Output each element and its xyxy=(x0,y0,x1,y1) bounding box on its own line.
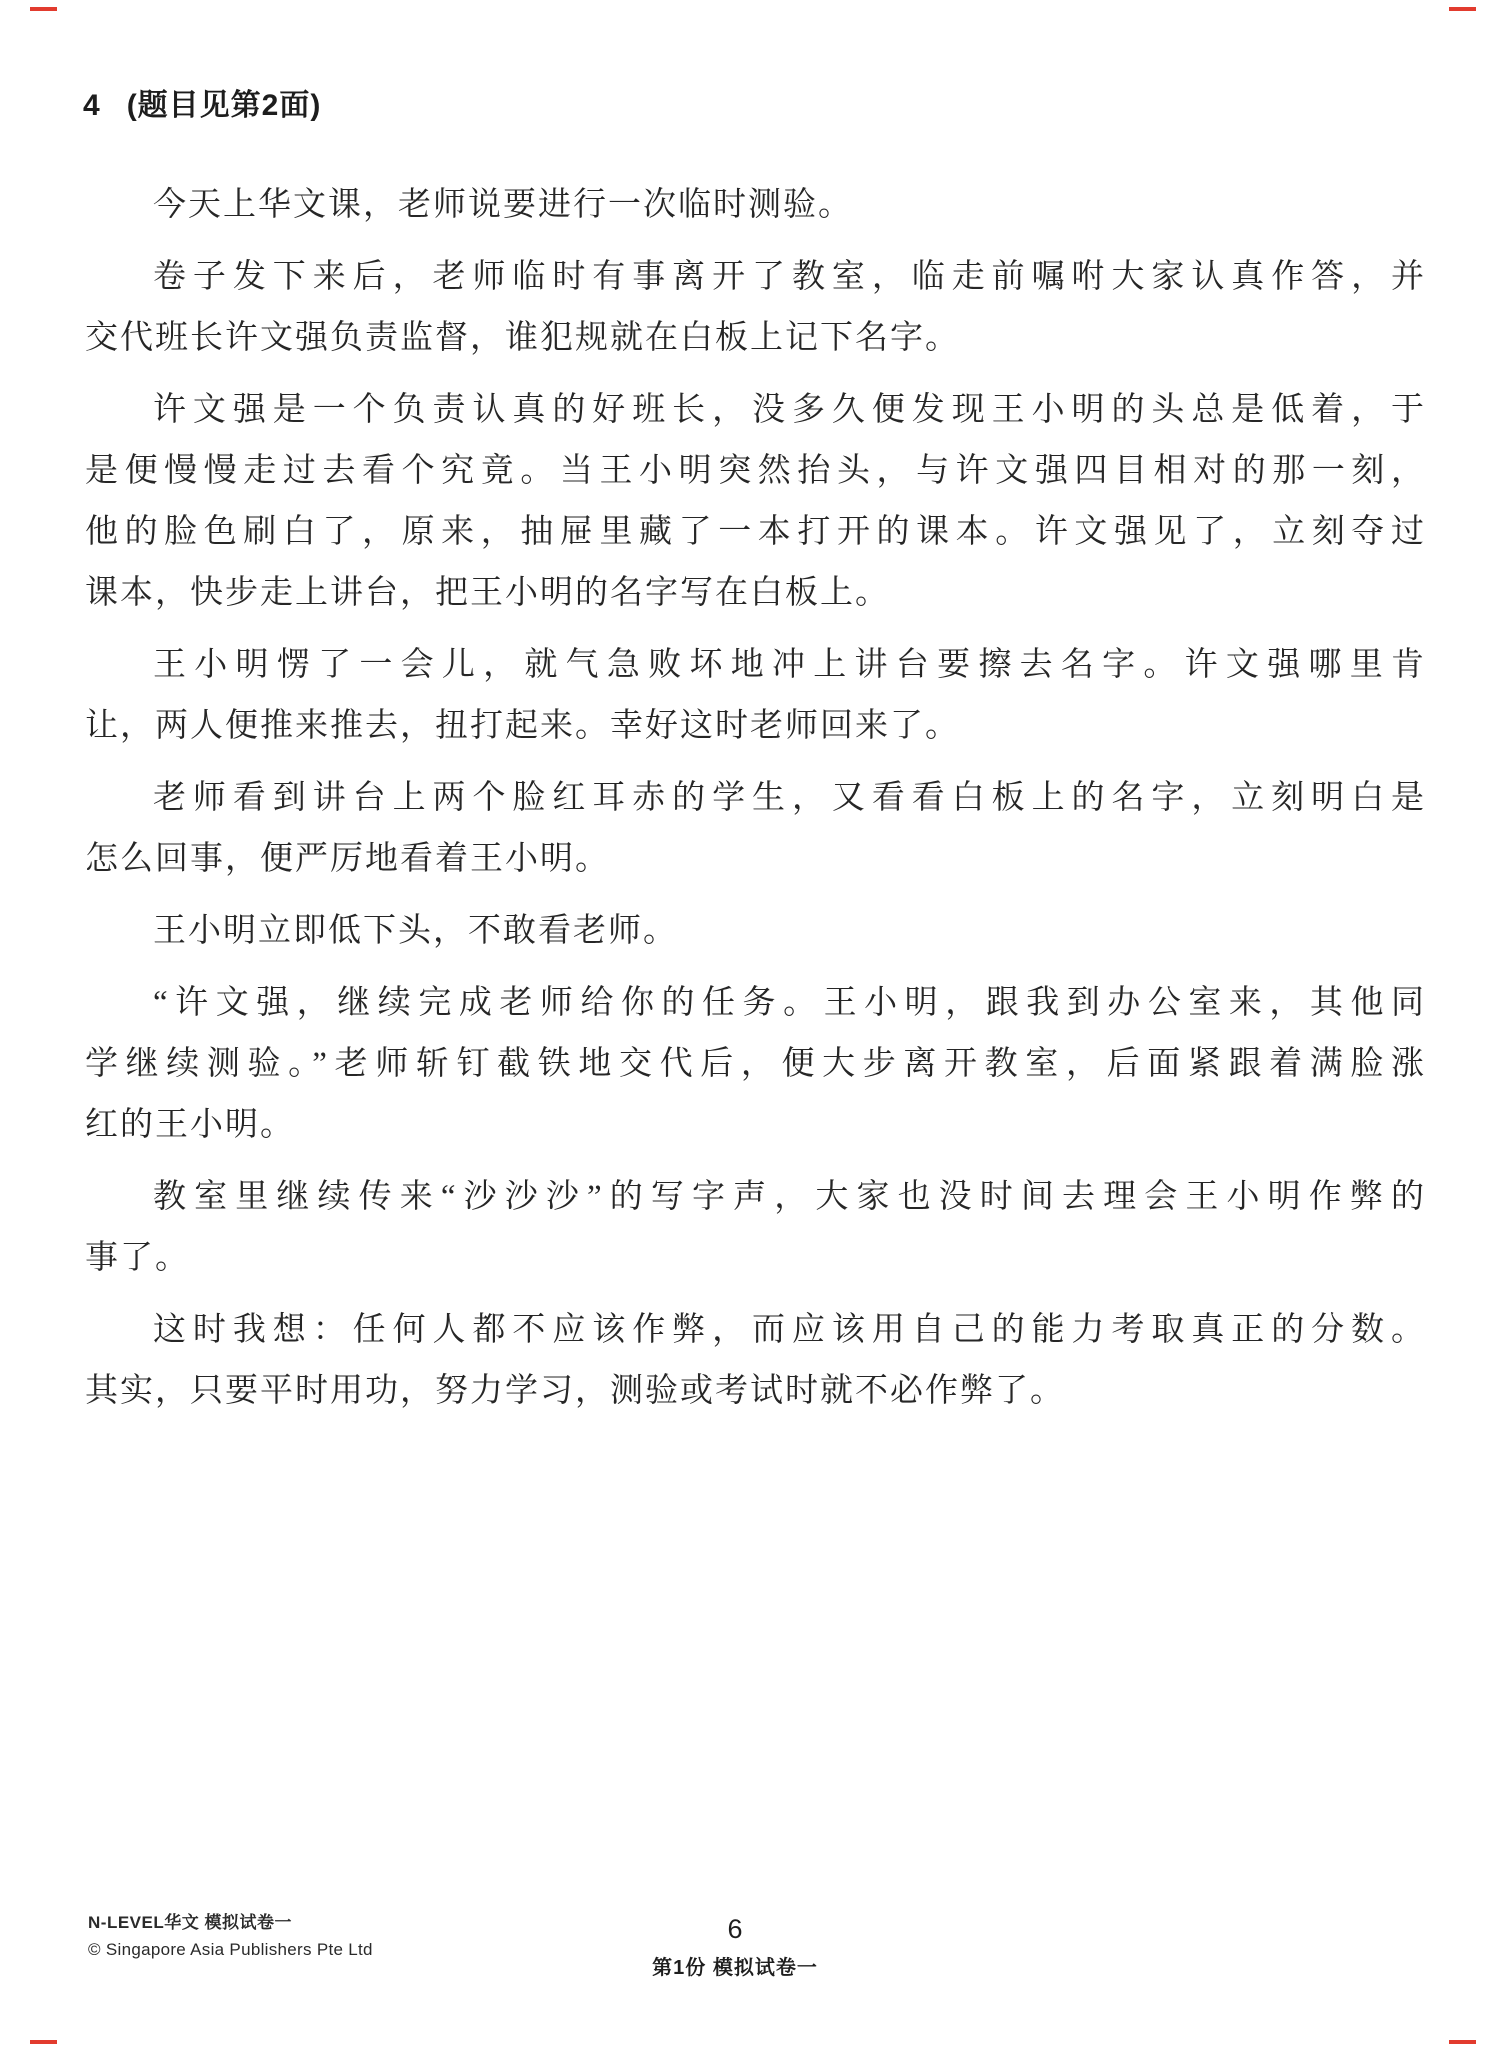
question-note: (题目见第2面) xyxy=(127,89,322,122)
passage-line: 他的脸色刷白了，原来，抽屉里藏了一本打开的课本。许文强见了，立刻夺过 xyxy=(85,502,1426,563)
series-title: N-LEVEL华文 模拟试卷一 xyxy=(88,1908,373,1933)
crop-mark-top-right xyxy=(1449,7,1476,11)
passage-line: 老师看到讲台上两个脸红耳赤的学生，又看看白板上的名字，立刻明白是 xyxy=(85,768,1426,829)
page-number: 6 xyxy=(535,1914,935,1945)
question-number: 4 xyxy=(83,89,101,122)
passage: 今天上华文课，老师说要进行一次临时测验。卷子发下来后，老师临时有事离开了教室，临… xyxy=(85,175,1426,1433)
paragraph: 卷子发下来后，老师临时有事离开了教室，临走前嘱咐大家认真作答，并交代班长许文强负… xyxy=(85,247,1426,369)
footer-page-info: 6 第1份 模拟试卷一 xyxy=(535,1914,935,1980)
paragraph: 许文强是一个负责认真的好班长，没多久便发现王小明的头总是低着，于是便慢慢走过去看… xyxy=(85,380,1426,624)
passage-line: “许文强，继续完成老师给你的任务。王小明，跟我到办公室来，其他同 xyxy=(85,973,1426,1034)
passage-line: 红的王小明。 xyxy=(85,1095,1426,1156)
passage-line: 卷子发下来后，老师临时有事离开了教室，临走前嘱咐大家认真作答，并 xyxy=(85,247,1426,308)
passage-line: 怎么回事，便严厉地看着王小明。 xyxy=(85,829,1426,890)
document-page: 4(题目见第2面) 今天上华文课，老师说要进行一次临时测验。卷子发下来后，老师临… xyxy=(0,0,1506,2051)
section-label: 第1份 模拟试卷一 xyxy=(535,1951,935,1980)
passage-line: 其实，只要平时用功，努力学习，测验或考试时就不必作弊了。 xyxy=(85,1361,1426,1422)
passage-line: 王小明愣了一会儿，就气急败坏地冲上讲台要擦去名字。许文强哪里肯 xyxy=(85,635,1426,696)
passage-line: 这时我想：任何人都不应该作弊，而应该用自己的能力考取真正的分数。 xyxy=(85,1300,1426,1361)
passage-line: 王小明立即低下头，不敢看老师。 xyxy=(85,901,1426,962)
paragraph: “许文强，继续完成老师给你的任务。王小明，跟我到办公室来，其他同学继续测验。”老… xyxy=(85,973,1426,1156)
paragraph: 王小明愣了一会儿，就气急败坏地冲上讲台要擦去名字。许文强哪里肯让，两人便推来推去… xyxy=(85,635,1426,757)
passage-line: 课本，快步走上讲台，把王小明的名字写在白板上。 xyxy=(85,563,1426,624)
passage-line: 教室里继续传来“沙沙沙”的写字声，大家也没时间去理会王小明作弊的 xyxy=(85,1167,1426,1228)
footer-imprint: N-LEVEL华文 模拟试卷一 © Singapore Asia Publish… xyxy=(88,1908,373,1960)
passage-line: 让，两人便推来推去，扭打起来。幸好这时老师回来了。 xyxy=(85,696,1426,757)
copyright-notice: © Singapore Asia Publishers Pte Ltd xyxy=(88,1940,373,1960)
passage-line: 是便慢慢走过去看个究竟。当王小明突然抬头，与许文强四目相对的那一刻， xyxy=(85,441,1426,502)
crop-mark-top-left xyxy=(30,7,57,11)
crop-mark-bottom-right xyxy=(1449,2040,1476,2044)
passage-line: 学继续测验。”老师斩钉截铁地交代后，便大步离开教室，后面紧跟着满脸涨 xyxy=(85,1034,1426,1095)
paragraph: 老师看到讲台上两个脸红耳赤的学生，又看看白板上的名字，立刻明白是怎么回事，便严厉… xyxy=(85,768,1426,890)
crop-mark-bottom-left xyxy=(30,2040,57,2044)
passage-line: 事了。 xyxy=(85,1228,1426,1289)
page-header: 4(题目见第2面) xyxy=(83,80,321,124)
paragraph: 王小明立即低下头，不敢看老师。 xyxy=(85,901,1426,962)
paragraph: 教室里继续传来“沙沙沙”的写字声，大家也没时间去理会王小明作弊的事了。 xyxy=(85,1167,1426,1289)
paragraph: 这时我想：任何人都不应该作弊，而应该用自己的能力考取真正的分数。其实，只要平时用… xyxy=(85,1300,1426,1422)
paragraph: 今天上华文课，老师说要进行一次临时测验。 xyxy=(85,175,1426,236)
passage-line: 今天上华文课，老师说要进行一次临时测验。 xyxy=(85,175,1426,236)
passage-line: 交代班长许文强负责监督，谁犯规就在白板上记下名字。 xyxy=(85,308,1426,369)
passage-line: 许文强是一个负责认真的好班长，没多久便发现王小明的头总是低着，于 xyxy=(85,380,1426,441)
